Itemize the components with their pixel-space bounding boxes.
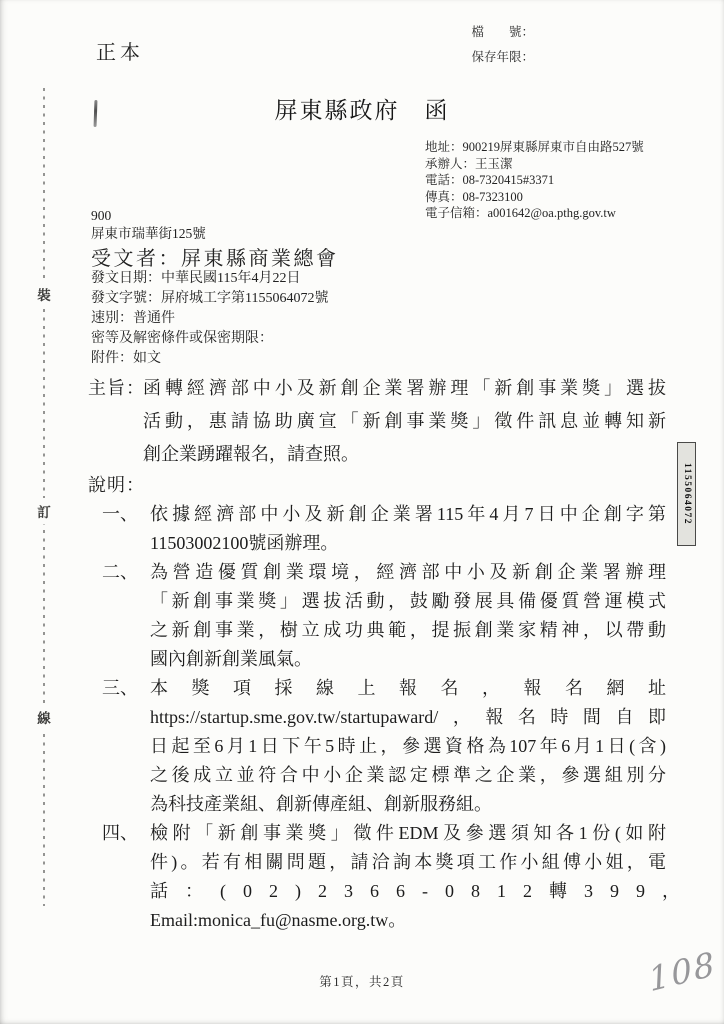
letter-body: 主旨： 函轉經濟部中小及新創企業署辦理「新創事業獎」選拔 活動，惠請協助廣宣「新… <box>88 372 666 935</box>
sender-email: 電子信箱：a001642@oa.pthg.gov.tw <box>425 205 644 222</box>
scanned-letter-page: 裝 訂 線 正本 檔 號： 保存年限： 屏東縣政府 函 地址：900219屏東縣… <box>0 0 724 1024</box>
item-number: 三、 <box>102 674 138 703</box>
subject-line: 函轉經濟部中小及新創企業署辦理「新創事業獎」選拔 <box>143 372 666 405</box>
subject-paragraph: 主旨： 函轉經濟部中小及新創企業署辦理「新創事業獎」選拔 活動，惠請協助廣宣「新… <box>88 372 666 471</box>
recipient-street: 屏東市瑞華街125號 <box>91 225 339 243</box>
recipient-postal-code: 900 <box>91 207 339 225</box>
document-title: 屏東縣政府 函 <box>0 92 724 125</box>
binding-mark-zhuang: 裝 <box>35 281 53 307</box>
item-number: 一、 <box>102 500 138 529</box>
body-line: 11503002100號函辦理。 <box>150 529 666 558</box>
speed-class: 速別：普通件 <box>91 309 328 329</box>
body-line: 為營造優質創業環境，經濟部中小及新創企業署辦理 <box>150 558 666 587</box>
body-line contact-phone-line: 話：(02)2366-0812轉399， <box>150 877 666 906</box>
subject-line: 創企業踴躍報名，請查照。 <box>143 438 666 471</box>
body-line: 為科技產業組、創新傳產組、創新服務組。 <box>150 790 666 819</box>
body-line: 依據經濟部中小及新創企業署115年4月7日中企創字第 <box>150 500 666 529</box>
doc-number: 發文字號：屏府城工字第1155064072號 <box>91 289 328 309</box>
binding-mark-xian: 線 <box>35 704 53 730</box>
subject-label: 主旨： <box>88 372 145 405</box>
body-line: 本獎項採線上報名，報名網址 <box>150 674 666 703</box>
recipient-block: 900 屏東市瑞華街125號 受文者：屏東縣商業總會 <box>91 207 339 273</box>
sender-address: 地址：900219屏東縣屏東市自由路527號 <box>425 139 644 156</box>
sender-contact-person: 承辦人：王玉潔 <box>425 156 644 173</box>
archive-no-label: 檔 號： <box>454 20 534 45</box>
security-class: 密等及解密條件或保密期限： <box>91 329 328 349</box>
body-line: 國內創新創業風氣。 <box>150 645 666 674</box>
archive-info-block: 檔 號： 保存年限： <box>454 20 534 70</box>
binding-dotted-line <box>43 88 45 906</box>
attachment-note: 附件：如文 <box>91 349 328 369</box>
binding-mark-ding: 訂 <box>35 498 53 524</box>
copy-type-label: 正本 <box>96 36 144 65</box>
explanation-item-1: 一、 依據經濟部中小及新創企業署115年4月7日中企創字第 1150300210… <box>150 500 666 558</box>
item-number: 四、 <box>102 819 138 848</box>
explanation-item-2: 二、 為營造優質創業環境，經濟部中小及新創企業署辦理 「新創事業獎」選拔活動，鼓… <box>150 558 666 674</box>
explanation-label: 說明： <box>88 471 666 500</box>
subject-line: 活動，惠請協助廣宣「新創事業獎」徵件訊息並轉知新 <box>143 405 666 438</box>
issue-date: 發文日期：中華民國115年4月22日 <box>91 269 328 289</box>
body-line registration-url: https://startup.sme.gov.tw/startupaward/… <box>150 703 666 732</box>
item-number: 二、 <box>102 558 138 587</box>
side-stamp: 1155064072 <box>677 442 696 546</box>
page-footer: 第1頁，共2頁 <box>0 972 724 990</box>
document-meta-block: 發文日期：中華民國115年4月22日 發文字號：屏府城工字第1155064072… <box>91 269 328 369</box>
body-line: 之後成立並符合中小企業認定標準之企業，參選組別分 <box>150 761 666 790</box>
body-line: 件)。若有相關問題，請洽詢本獎項工作小組傅小姐，電 <box>150 848 666 877</box>
retention-label: 保存年限： <box>454 45 534 70</box>
explanation-item-3: 三、 本獎項採線上報名，報名網址 https://startup.sme.gov… <box>150 674 666 819</box>
body-line: 之新創事業，樹立成功典範，提振創業家精神，以帶動 <box>150 616 666 645</box>
body-line contact-email-line: Email:monica_fu@nasme.org.tw。 <box>150 906 666 935</box>
sender-phone: 電話：08-7320415#3371 <box>425 172 644 189</box>
body-line: 「新創事業獎」選拔活動，鼓勵發展具備優質營運模式 <box>150 587 666 616</box>
body-line: 檢附「新創事業獎」徵件EDM及參選須知各1份(如附 <box>150 819 666 848</box>
explanation-item-4: 四、 檢附「新創事業獎」徵件EDM及參選須知各1份(如附 件)。若有相關問題，請… <box>150 819 666 935</box>
sender-info-block: 地址：900219屏東縣屏東市自由路527號 承辦人：王玉潔 電話：08-732… <box>425 139 644 222</box>
sender-fax: 傳真：08-7323100 <box>425 189 644 206</box>
body-line: 日起至6月1日下午5時止，參選資格為107年6月1日(含) <box>150 732 666 761</box>
handwritten-number: 108 <box>646 944 718 1000</box>
